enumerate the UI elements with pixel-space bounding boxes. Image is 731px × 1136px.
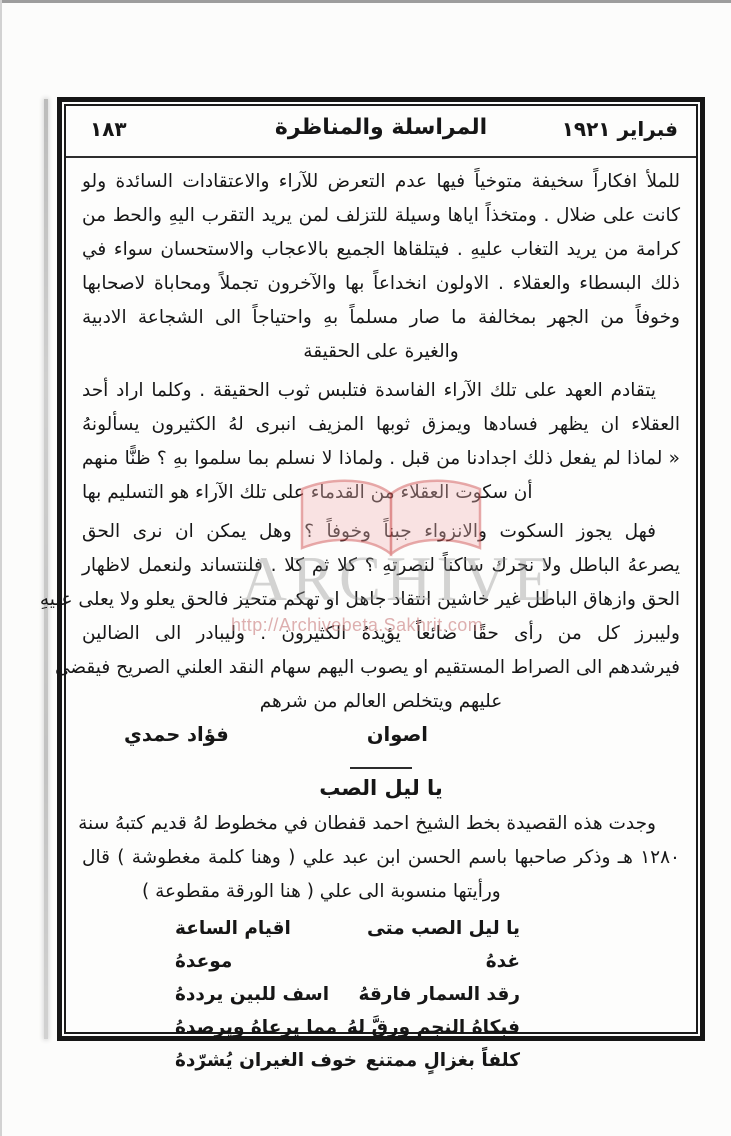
text-line: يتقادم العهد على تلك الآراء الفاسدة فتلب… xyxy=(82,374,680,408)
header-page-number: ١٨٣ xyxy=(90,117,127,141)
book-spine-shadow xyxy=(44,99,48,1039)
verse-row: يا ليل الصب متى غدهُ اقيام الساعة موعدهُ xyxy=(175,912,520,978)
poem-intro: وجدت هذه القصيدة بخط الشيخ احمد قفطان في… xyxy=(82,807,680,909)
text-line: فيرشدهم الى الصراط المستقيم او يصوب اليه… xyxy=(82,651,680,685)
scan-edge-left xyxy=(0,0,2,1136)
verse-first-hemistich: فبكاهُ النجم ورقَّ لهُ xyxy=(347,1011,520,1044)
header-rule xyxy=(66,156,696,158)
watermark-url: http://Archivebeta.Sakhrit.com xyxy=(231,615,531,636)
text-line: وجدت هذه القصيدة بخط الشيخ احمد قفطان في… xyxy=(82,807,680,841)
verse-second-hemistich: خوف الغيران يُشرّدهُ xyxy=(175,1044,357,1077)
verse-second-hemistich: اقيام الساعة موعدهُ xyxy=(175,912,341,978)
poem-title: يا ليل الصب xyxy=(82,773,680,803)
text-line: وخوفاً من الجهر بمخالفة ما صار مسلماً به… xyxy=(82,301,680,335)
text-line: كانت على ضلال . ومتخذاً اياها وسيلة للتز… xyxy=(82,199,680,233)
watermark-archive-text: ARCHIVE xyxy=(210,541,588,617)
verse-first-hemistich: يا ليل الصب متى غدهُ xyxy=(341,912,520,978)
verse-first-hemistich: رقد السمار فارقهُ xyxy=(359,978,521,1011)
text-line: كرامة من يريد التغاب عليهِ . فيتلقاها ال… xyxy=(82,233,680,267)
verse-first-hemistich: كلفاً بغزالٍ ممتنع xyxy=(366,1044,520,1077)
text-line: للملأ افكاراً سخيفة متوخياً فيها عدم الت… xyxy=(82,165,680,199)
page-header: فبراير ١٩٢١ المراسلة والمناظرة ١٨٣ xyxy=(66,115,696,151)
section-divider xyxy=(350,767,412,769)
article-signature: اصوان فؤاد حمدي xyxy=(82,721,680,757)
text-line: ذلك البسطاء والعقلاء . الاولون انخداعاً … xyxy=(82,267,680,301)
article-paragraph-1: للملأ افكاراً سخيفة متوخياً فيها عدم الت… xyxy=(82,165,680,369)
scanned-journal-page: فبراير ١٩٢١ المراسلة والمناظرة ١٨٣ للملأ… xyxy=(0,0,731,1136)
poem-verses: يا ليل الصب متى غدهُ اقيام الساعة موعدهُ… xyxy=(175,912,520,1077)
scan-edge-top xyxy=(0,0,731,3)
text-line: والغيرة على الحقيقة xyxy=(82,335,680,369)
verse-second-hemistich: مما يرعاهُ ويرصدهُ xyxy=(175,1011,337,1044)
verse-row: فبكاهُ النجم ورقَّ لهُ مما يرعاهُ ويرصده… xyxy=(175,1011,520,1044)
verse-second-hemistich: اسف للبين يرددهُ xyxy=(175,978,329,1011)
text-line: عليهم ويتخلص العالم من شرهم xyxy=(82,685,680,719)
signature-place: اصوان xyxy=(367,723,428,746)
text-line: « لماذا لم يفعل ذلك اجدادنا من قبل . ولم… xyxy=(82,442,680,476)
signature-name: فؤاد حمدي xyxy=(124,723,229,746)
text-line: العقلاء ان يظهر فسادها ويمزق ثوبها المزي… xyxy=(82,408,680,442)
verse-row: رقد السمار فارقهُ اسف للبين يرددهُ xyxy=(175,978,520,1011)
text-line: ورأيتها منسوبة الى علي ( هنا الورقة مقطو… xyxy=(82,875,680,909)
text-line: ١٢٨٠ هـ وذكر صاحبها باسم الحسن ابن عبد ع… xyxy=(82,841,680,875)
header-date: فبراير ١٩٢١ xyxy=(562,117,678,141)
header-title: المراسلة والمناظرة xyxy=(275,115,487,140)
verse-row: كلفاً بغزالٍ ممتنع خوف الغيران يُشرّدهُ xyxy=(175,1044,520,1077)
